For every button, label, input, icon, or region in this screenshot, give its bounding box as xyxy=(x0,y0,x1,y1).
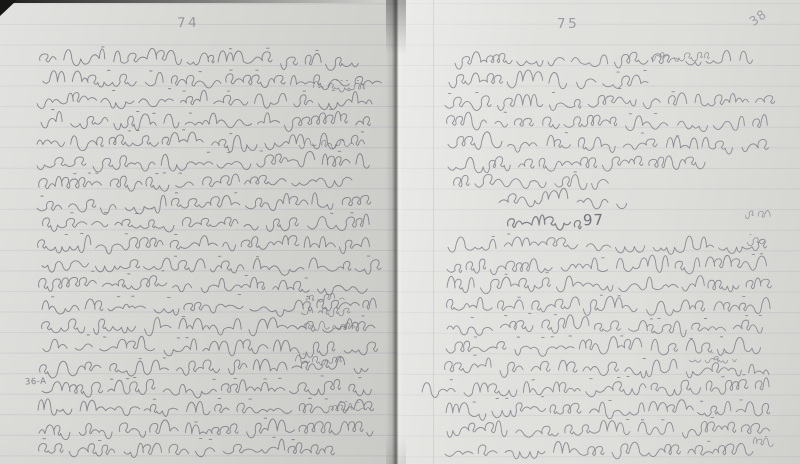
handwritten-line xyxy=(443,350,768,383)
handwritten-line xyxy=(37,267,368,300)
handwritten-line xyxy=(36,228,367,259)
handwritten-line xyxy=(40,247,377,280)
handwritten-line xyxy=(445,269,769,300)
interlinear-note xyxy=(688,348,736,379)
handwritten-line xyxy=(444,331,760,361)
interlinear-note xyxy=(300,301,352,331)
handwritten-line xyxy=(40,288,379,320)
handwritten-line xyxy=(35,125,366,155)
handwritten-line xyxy=(443,433,761,464)
handwritten-line xyxy=(35,84,372,114)
manuscript-photo: 74 75 38 36-A 97 xyxy=(0,0,800,464)
interlinear-note xyxy=(328,398,370,428)
interlinear-note xyxy=(650,46,710,76)
interlinear-note xyxy=(305,288,345,318)
handwritten-line xyxy=(37,412,375,443)
interlinear-note xyxy=(752,432,774,462)
handwritten-line xyxy=(445,248,765,280)
handwritten-line xyxy=(445,310,762,341)
handwritten-line xyxy=(38,349,366,383)
handwritten-line xyxy=(444,392,772,423)
handwritten-line xyxy=(420,370,772,404)
handwritten-line xyxy=(41,207,369,238)
handwritten-line xyxy=(37,165,362,198)
handwritten-line xyxy=(453,42,753,74)
interlinear-note xyxy=(312,76,368,106)
handwritten-line xyxy=(447,63,652,94)
interlinear-note xyxy=(298,316,356,347)
handwritten-line xyxy=(497,183,629,214)
handwritten-line xyxy=(38,41,362,75)
handwritten-line xyxy=(445,105,767,137)
handwritten-line xyxy=(452,165,614,196)
handwritten-line xyxy=(506,207,584,237)
handwritten-line xyxy=(39,371,371,403)
handwritten-line xyxy=(35,144,369,177)
handwritten-line xyxy=(446,126,764,158)
handwritten-line xyxy=(446,227,770,258)
handwritten-line xyxy=(445,289,771,321)
handwritten-line xyxy=(37,432,336,464)
handwritten-line xyxy=(35,185,373,218)
interlinear-note xyxy=(744,204,768,234)
handwritten-line xyxy=(38,103,369,136)
handwritten-line xyxy=(40,309,382,341)
interlinear-note xyxy=(294,350,340,381)
handwritten-line xyxy=(445,413,769,444)
interlinear-note xyxy=(746,230,766,260)
handwritten-line xyxy=(41,329,379,362)
handwritten-line xyxy=(446,147,706,177)
handwritten-line xyxy=(41,62,380,95)
handwriting-layer xyxy=(0,0,800,464)
interlinear-note xyxy=(298,134,356,164)
handwritten-line xyxy=(443,84,773,117)
handwritten-line xyxy=(36,392,371,423)
